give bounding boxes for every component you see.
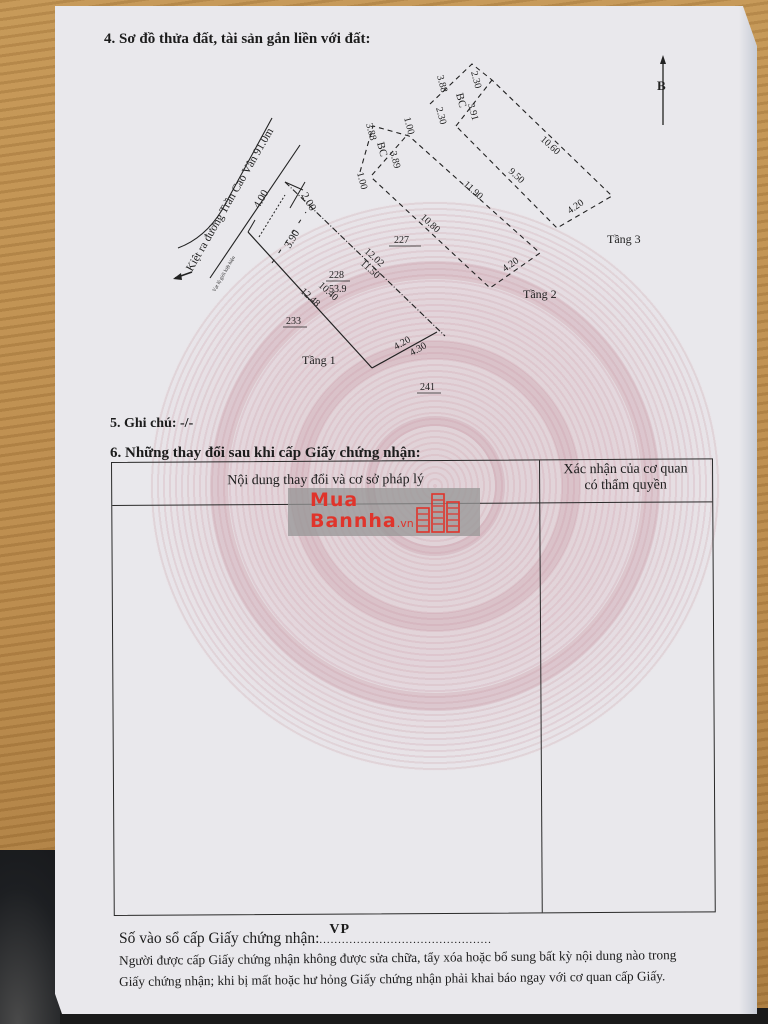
- svg-text:4.20: 4.20: [500, 255, 521, 274]
- svg-text:9.50: 9.50: [506, 166, 526, 186]
- buildings-icon: [415, 492, 463, 534]
- column-header-confirmation: Xác nhận của cơ quan có thẩm quyền: [539, 461, 712, 494]
- muabannha-watermark-logo: Mua Bannha.vn: [288, 488, 480, 536]
- watermark-line1: Mua: [310, 490, 414, 511]
- svg-text:227: 227: [394, 235, 409, 246]
- svg-text:BC: BC: [374, 141, 389, 158]
- svg-text:3.90: 3.90: [282, 227, 302, 250]
- registry-field: VP......................................…: [319, 930, 492, 947]
- registry-label: Số vào sổ cấp Giấy chứng nhận:: [119, 930, 319, 947]
- svg-text:2.00: 2.00: [298, 191, 318, 214]
- svg-text:2.30: 2.30: [433, 106, 448, 126]
- svg-text:228: 228: [329, 270, 344, 281]
- table-column-divider: [539, 460, 543, 912]
- svg-text:Vạt lộ giới kiệt hiện: Vạt lộ giới kiệt hiện: [212, 255, 237, 293]
- floor-3-outline: [430, 64, 612, 228]
- watermark-line2: Bannha: [310, 510, 397, 532]
- svg-text:2.30: 2.30: [468, 70, 483, 90]
- svg-text:Tầng 3: Tầng 3: [607, 232, 641, 246]
- svg-text:3.88: 3.88: [363, 122, 378, 142]
- column-header-confirmation-line1: Xác nhận của cơ quan: [539, 461, 712, 478]
- svg-text:1.00: 1.00: [401, 116, 416, 136]
- column-header-confirmation-line2: có thẩm quyền: [539, 477, 712, 494]
- svg-text:B: B: [657, 78, 666, 93]
- svg-text:11.90: 11.90: [461, 179, 485, 202]
- svg-text:Tầng 2: Tầng 2: [523, 287, 557, 301]
- floor-1-outline: [248, 182, 445, 368]
- svg-text:10.60: 10.60: [538, 134, 562, 157]
- svg-text:Tầng 1: Tầng 1: [302, 353, 336, 367]
- svg-text:3.91: 3.91: [465, 102, 480, 122]
- registry-value: VP: [329, 922, 350, 938]
- svg-text:3.89: 3.89: [387, 150, 402, 170]
- watermark-text: Mua Bannha.vn: [310, 490, 414, 534]
- svg-text:233: 233: [286, 316, 301, 327]
- svg-text:1.00: 1.00: [354, 171, 369, 191]
- section-5-notes: 5. Ghi chú: -/-: [110, 416, 193, 432]
- svg-text:4.20: 4.20: [565, 197, 586, 216]
- watermark-suffix: .vn: [397, 517, 414, 530]
- registry-number-line: Số vào sổ cấp Giấy chứng nhận:VP........…: [119, 930, 492, 948]
- alley-road: Kiệt ra đường Trần Cao Vân 91.0m Vạt lộ …: [173, 118, 300, 293]
- svg-text:3.88: 3.88: [434, 74, 449, 94]
- svg-text:241: 241: [420, 382, 435, 393]
- north-arrow-icon: B: [657, 55, 666, 125]
